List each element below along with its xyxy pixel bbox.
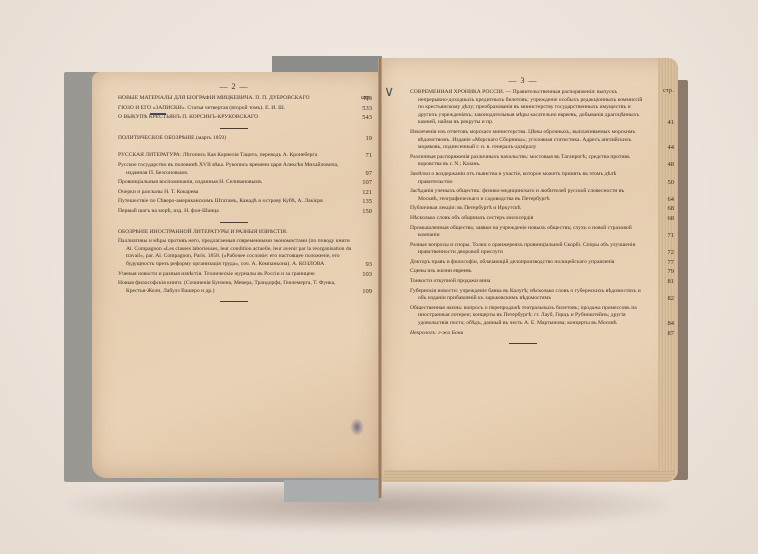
toc-entry-page: 135 <box>352 198 372 206</box>
toc-entry-page: 93 <box>352 261 372 269</box>
toc-entry-page: 77 <box>644 259 674 267</box>
toc-entry-title: ГЮЗО И ЕГО «ЗАПИСКИ». Статья четвертая (… <box>118 105 352 113</box>
toc-entry: Промышленныя общества; заявки на учрежде… <box>410 225 636 240</box>
toc-entry-title: Общественная жизнь: вопросъ о перепродаж… <box>410 305 644 328</box>
toc-entry-title: РУССКАЯ ЛИТЕРАТУРА: Лѣтопись Кая Корнелі… <box>118 152 352 160</box>
toc-entry-title: Сцены изъ жизни евреевъ <box>410 268 644 276</box>
toc-entry: Новыя философскія книги. (Сочиненія Бунз… <box>118 280 350 295</box>
toc-entry: Тонкости откупной продажи вина 81 <box>410 278 636 286</box>
toc-entry-page: 109 <box>352 288 372 296</box>
column-label: стр. <box>361 95 372 101</box>
toc-entry-title: Паллиативы и мѣры противъ него, предлага… <box>118 238 352 268</box>
left-page-toc: — 2 — стр. НОВЫЕ МАТЕРІАЛЫ ДЛЯ БІОГРАФІИ… <box>118 82 350 308</box>
toc-entry-title: НОВЫЕ МАТЕРІАЛЫ ДЛЯ БІОГРАФІИ МИЦКЕВИЧА.… <box>118 95 352 103</box>
toc-entry-title: Публичныя лекціи: въ Петербургѣ и Иркутс… <box>410 205 644 213</box>
toc-entry: Губернскія новости: учрежденіе банка въ … <box>410 288 636 303</box>
toc-entry: РУССКАЯ ЛИТЕРАТУРА: Лѣтопись Кая Корнелі… <box>118 152 350 160</box>
toc-entry: Докторъ правъ и философіи, облачающій де… <box>410 259 636 267</box>
toc-entry: Провинціальныя воспоминанія, изданныя Н.… <box>118 179 350 187</box>
toc-entry: О ВЫКУПѢ КРЕСТЬЯНЪ П. КОРСИНЪ-КРУКОВСКАГ… <box>118 114 350 122</box>
toc-section-heading: ОБОЗРѢНІЕ ИНОСТРАННОЙ ЛИТЕРАТУРЫ И РАЗНЫ… <box>118 229 350 237</box>
section-divider <box>220 222 248 223</box>
toc-entry: Общественная жизнь: вопросъ о перепродаж… <box>410 305 636 328</box>
toc-entry-title: Провинціальныя воспоминанія, изданныя Н.… <box>118 179 352 187</box>
section-divider <box>509 343 537 344</box>
toc-entry: Засѣданія ученыхъ обществъ: физико-медиц… <box>410 188 636 203</box>
column-label: стр. <box>663 88 674 94</box>
toc-entry-page: 44 <box>644 144 674 152</box>
page-number: — 2 — <box>118 82 350 91</box>
toc-entry-page: 84 <box>644 320 674 328</box>
toc-entry-page: 68 <box>644 215 674 223</box>
toc-entry: Различныя распоряженія различныхъ началь… <box>410 154 636 169</box>
toc-entry: Разные вопросы и споры. Толки о оранжере… <box>410 242 636 257</box>
toc-entry-title: Извлеченія изъ отчетовъ морскаго министе… <box>410 129 644 152</box>
toc-entry-page: 50 <box>644 179 674 187</box>
toc-entry: Публичныя лекціи: въ Петербургѣ и Иркутс… <box>410 205 636 213</box>
toc-entry-page: 82 <box>644 295 674 303</box>
toc-entry-title: О ВЫКУПѢ КРЕСТЬЯНЪ П. КОРСИНЪ-КРУКОВСКАГ… <box>118 114 352 122</box>
toc-entry: Нѣсколько словъ объ общинахъ сестеръ мил… <box>410 215 636 223</box>
cover-flap-bottom <box>284 480 380 502</box>
book-gutter <box>378 58 382 498</box>
toc-entry-page: 543 <box>352 114 372 122</box>
toc-entry-page: 19 <box>352 135 372 143</box>
toc-entry: Ученыя новости и разныя извѣстія. Технич… <box>118 271 350 279</box>
toc-entry-page: 150 <box>352 208 372 216</box>
toc-entry: Извлеченія изъ отчетовъ морскаго министе… <box>410 129 636 152</box>
toc-entry-page: 533 <box>352 105 372 113</box>
toc-entry-page: 64 <box>644 196 674 204</box>
toc-entry-title: Очерки и разсказы Н. Т. Кокарева <box>118 189 352 197</box>
toc-entry: НОВЫЕ МАТЕРІАЛЫ ДЛЯ БІОГРАФІИ МИЦКЕВИЧА.… <box>118 95 350 103</box>
toc-entry-title: Новыя философскія книги. (Сочиненія Бунз… <box>118 280 352 295</box>
toc-entry-page: 121 <box>352 189 372 197</box>
toc-entry: Первый шагъ на морѣ, изд. Н. фон-Шанца 1… <box>118 208 350 216</box>
toc-entry-page: 71 <box>352 152 372 160</box>
toc-entry-page: 72 <box>644 249 674 257</box>
toc-entry-title: Нѣсколько словъ объ общинахъ сестеръ мил… <box>410 215 644 223</box>
toc-entry-title: Русское государство въ половинѣ XVII вѣк… <box>118 162 352 177</box>
toc-entry: Очерки и разсказы Н. Т. Кокарева 121 <box>118 189 350 197</box>
ink-stamp-smudge <box>350 418 364 436</box>
toc-entry-title: Губернскія новости: учрежденіе банка въ … <box>410 288 644 303</box>
toc-entry-title: Замѣтки о воздержаніи отъ пьянства и уча… <box>410 171 644 186</box>
section-divider <box>220 301 248 302</box>
toc-entry: Паллиативы и мѣры противъ него, предлага… <box>118 238 350 268</box>
toc-entry: Сцены изъ жизни евреевъ 79 <box>410 268 636 276</box>
right-page-toc: — 3 — стр. СОВРЕМЕННАЯ ХРОНИКА РОССІИ. —… <box>410 76 636 350</box>
toc-entry-title: Докторъ правъ и философіи, облачающій де… <box>410 259 644 267</box>
toc-entry-title: Различныя распоряженія различныхъ началь… <box>410 154 644 169</box>
toc-entry: Замѣтки о воздержаніи отъ пьянства и уча… <box>410 171 636 186</box>
toc-entry-page: 103 <box>352 271 372 279</box>
toc-entry-page: 71 <box>644 232 674 240</box>
toc-entry: Некрологъ: г-жа Бони 87 <box>410 330 636 338</box>
toc-entry-page: 81 <box>644 278 674 286</box>
toc-entry-title: Путешествіе по Сѣверо-американскимъ Штат… <box>118 198 352 206</box>
toc-entry-title: Ученыя новости и разныя извѣстія. Технич… <box>118 271 352 279</box>
toc-entry-page: 79 <box>644 268 674 276</box>
toc-entry: Путешествіе по Сѣверо-американскимъ Штат… <box>118 198 350 206</box>
toc-entry-title: Некрологъ: г-жа Бони <box>410 330 644 338</box>
toc-entry-page: 107 <box>352 179 372 187</box>
toc-entry-title: Тонкости откупной продажи вина <box>410 278 644 286</box>
pencil-check-mark: ∨ <box>384 84 394 100</box>
toc-entry: ПОЛИТИЧЕСКОЕ ОБОЗРѢНІЕ (марть 1859) 19 <box>118 135 350 143</box>
toc-entry-page: 41 <box>644 119 674 127</box>
toc-entry-page: 87 <box>644 330 674 338</box>
toc-entry: ГЮЗО И ЕГО «ЗАПИСКИ». Статья четвертая (… <box>118 105 350 113</box>
toc-entry-title: СОВРЕМЕННАЯ ХРОНИКА РОССІИ. — Правительс… <box>410 89 644 127</box>
toc-entry-title: Промышленныя общества; заявки на учрежде… <box>410 225 644 240</box>
toc-entry: Русское государство въ половинѣ XVII вѣк… <box>118 162 350 177</box>
toc-entry-title: Разные вопросы и споры. Толки о оранжере… <box>410 242 644 257</box>
toc-entry-title: Засѣданія ученыхъ обществъ: физико-медиц… <box>410 188 644 203</box>
toc-entry-title: ОБОЗРѢНІЕ ИНОСТРАННОЙ ЛИТЕРАТУРЫ И РАЗНЫ… <box>118 229 352 237</box>
toc-entry-page: 97 <box>352 170 372 178</box>
toc-entry-title: Первый шагъ на морѣ, изд. Н. фон-Шанца <box>118 208 352 216</box>
toc-entry: СОВРЕМЕННАЯ ХРОНИКА РОССІИ. — Правительс… <box>410 89 636 127</box>
toc-entry-page: 48 <box>644 161 674 169</box>
toc-entry-page: 68 <box>644 205 674 213</box>
page-number: — 3 — <box>410 76 636 85</box>
page-edges-bottom <box>384 470 674 482</box>
toc-entry-title: ПОЛИТИЧЕСКОЕ ОБОЗРѢНІЕ (марть 1859) <box>118 135 352 143</box>
section-divider <box>220 128 248 129</box>
